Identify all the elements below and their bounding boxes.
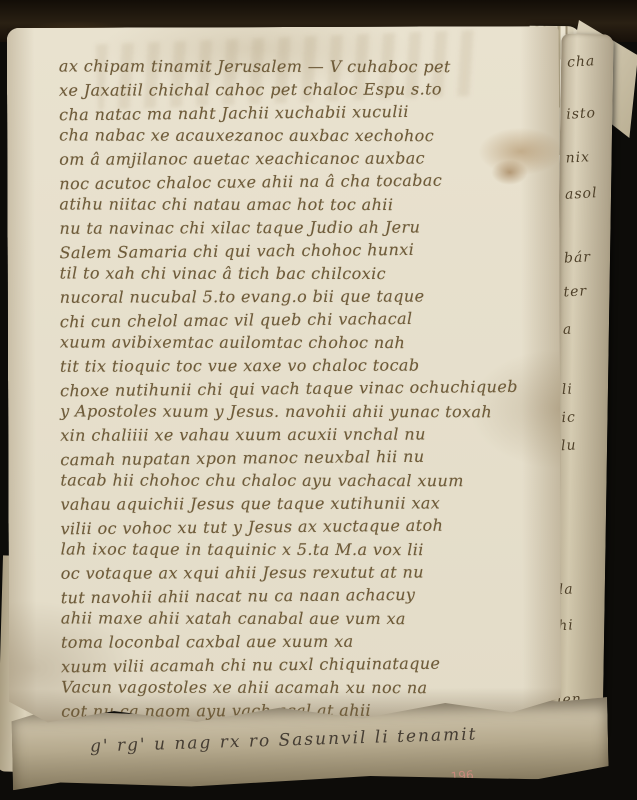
edge-text-fragment: ter (563, 283, 587, 300)
manuscript-line: nucoral nucubal 5.to evang.o bii que taq… (60, 284, 552, 309)
under-page-script: g' rg' u nag rx ro Sasunvil li tenamit (90, 724, 478, 756)
manuscript-line: ahii maxe ahii xatah canabal aue vum xa (61, 606, 553, 630)
manuscript-line: toma loconbal caxbal aue xuum xa (61, 629, 553, 654)
edge-text-fragment: isto (566, 105, 597, 123)
manuscript-page: ax chipam tinamit Jerusalem — V cuhaboc … (7, 26, 561, 724)
edge-text-fragment: cha (567, 53, 596, 71)
folio-number-red: 196 (450, 768, 474, 784)
manuscript-line: tut navohii ahii nacat nu ca naan achacu… (61, 582, 553, 610)
manuscript-line: y Apostoles xuum y Jesus. navohii ahii y… (60, 399, 552, 423)
manuscript-line: atihu niitac chi natau amac hot toc ahii (59, 192, 551, 216)
manuscript-line: vilii oc vohoc xu tut y Jesus ax xuctaqu… (60, 513, 552, 541)
manuscript-line: til to xah chi vinac â tich bac chilcoxi… (60, 261, 552, 285)
manuscript-line: om â amjilanoc auetac xeachicanoc auxbac (59, 146, 551, 171)
manuscript-line: xuum avibixemtac auilomtac chohoc nah (60, 330, 552, 354)
edge-text-fragment: a (562, 322, 572, 338)
edge-text-fragment: li (562, 381, 574, 398)
manuscript-line: oc votaque ax xqui ahii Jesus rexutut at… (61, 560, 553, 585)
manuscript-line: xin chaliiii xe vahau xuum acuxii vnchal… (60, 422, 552, 447)
manuscript-line: choxe nutihunii chi qui vach taque vinac… (60, 375, 552, 403)
manuscript-line: xe Jaxatiil chichal cahoc pet chaloc Esp… (59, 77, 551, 102)
edge-text-fragment: ic (561, 409, 576, 426)
manuscript-line: ax chipam tinamit Jerusalem — V cuhaboc … (59, 54, 551, 78)
manuscript-line: tacab hii chohoc chu chaloc ayu vachacal… (60, 468, 552, 492)
edge-text-fragment: bár (564, 249, 592, 266)
manuscript-line: chi cun chelol amac vil queb chi vachaca… (60, 306, 552, 334)
manuscript-photo: cha isto nix asol bár ter a li ic lu la … (0, 0, 637, 800)
manuscript-line: camah nupatan xpon manoc neuxbal hii nu (60, 444, 552, 472)
edge-text-fragment: nix (565, 149, 590, 166)
manuscript-line: Salem Samaria chi qui vach chohoc hunxi (59, 237, 551, 265)
manuscript-line: noc acutoc chaloc cuxe ahii na â cha toc… (59, 168, 551, 196)
manuscript-line: cha nabac xe acauxezanoc auxbac xechohoc (59, 123, 551, 147)
manuscript-line: xuum vilii acamah chi nu cuxl chiquinata… (61, 651, 553, 679)
manuscript-line: cha natac ma naht Jachii xuchabii xuculi… (59, 99, 551, 127)
manuscript-line: nu ta navinac chi xilac taque Judio ah J… (59, 215, 551, 240)
manuscript-line: tit tix tioquic toc vue xaxe vo chaloc t… (60, 353, 552, 378)
edge-text-fragment: asol (565, 185, 598, 203)
edge-text-fragment: lu (561, 437, 577, 454)
handwritten-text-block: ax chipam tinamit Jerusalem — V cuhaboc … (59, 54, 553, 723)
manuscript-line: vahau aquichii Jesus que taque xutihunii… (60, 491, 552, 516)
manuscript-line: Vacun vagostoles xe ahii acamah xu noc n… (61, 675, 553, 699)
manuscript-line: lah ixoc taque in taquinic x 5.ta M.a vo… (61, 537, 553, 561)
